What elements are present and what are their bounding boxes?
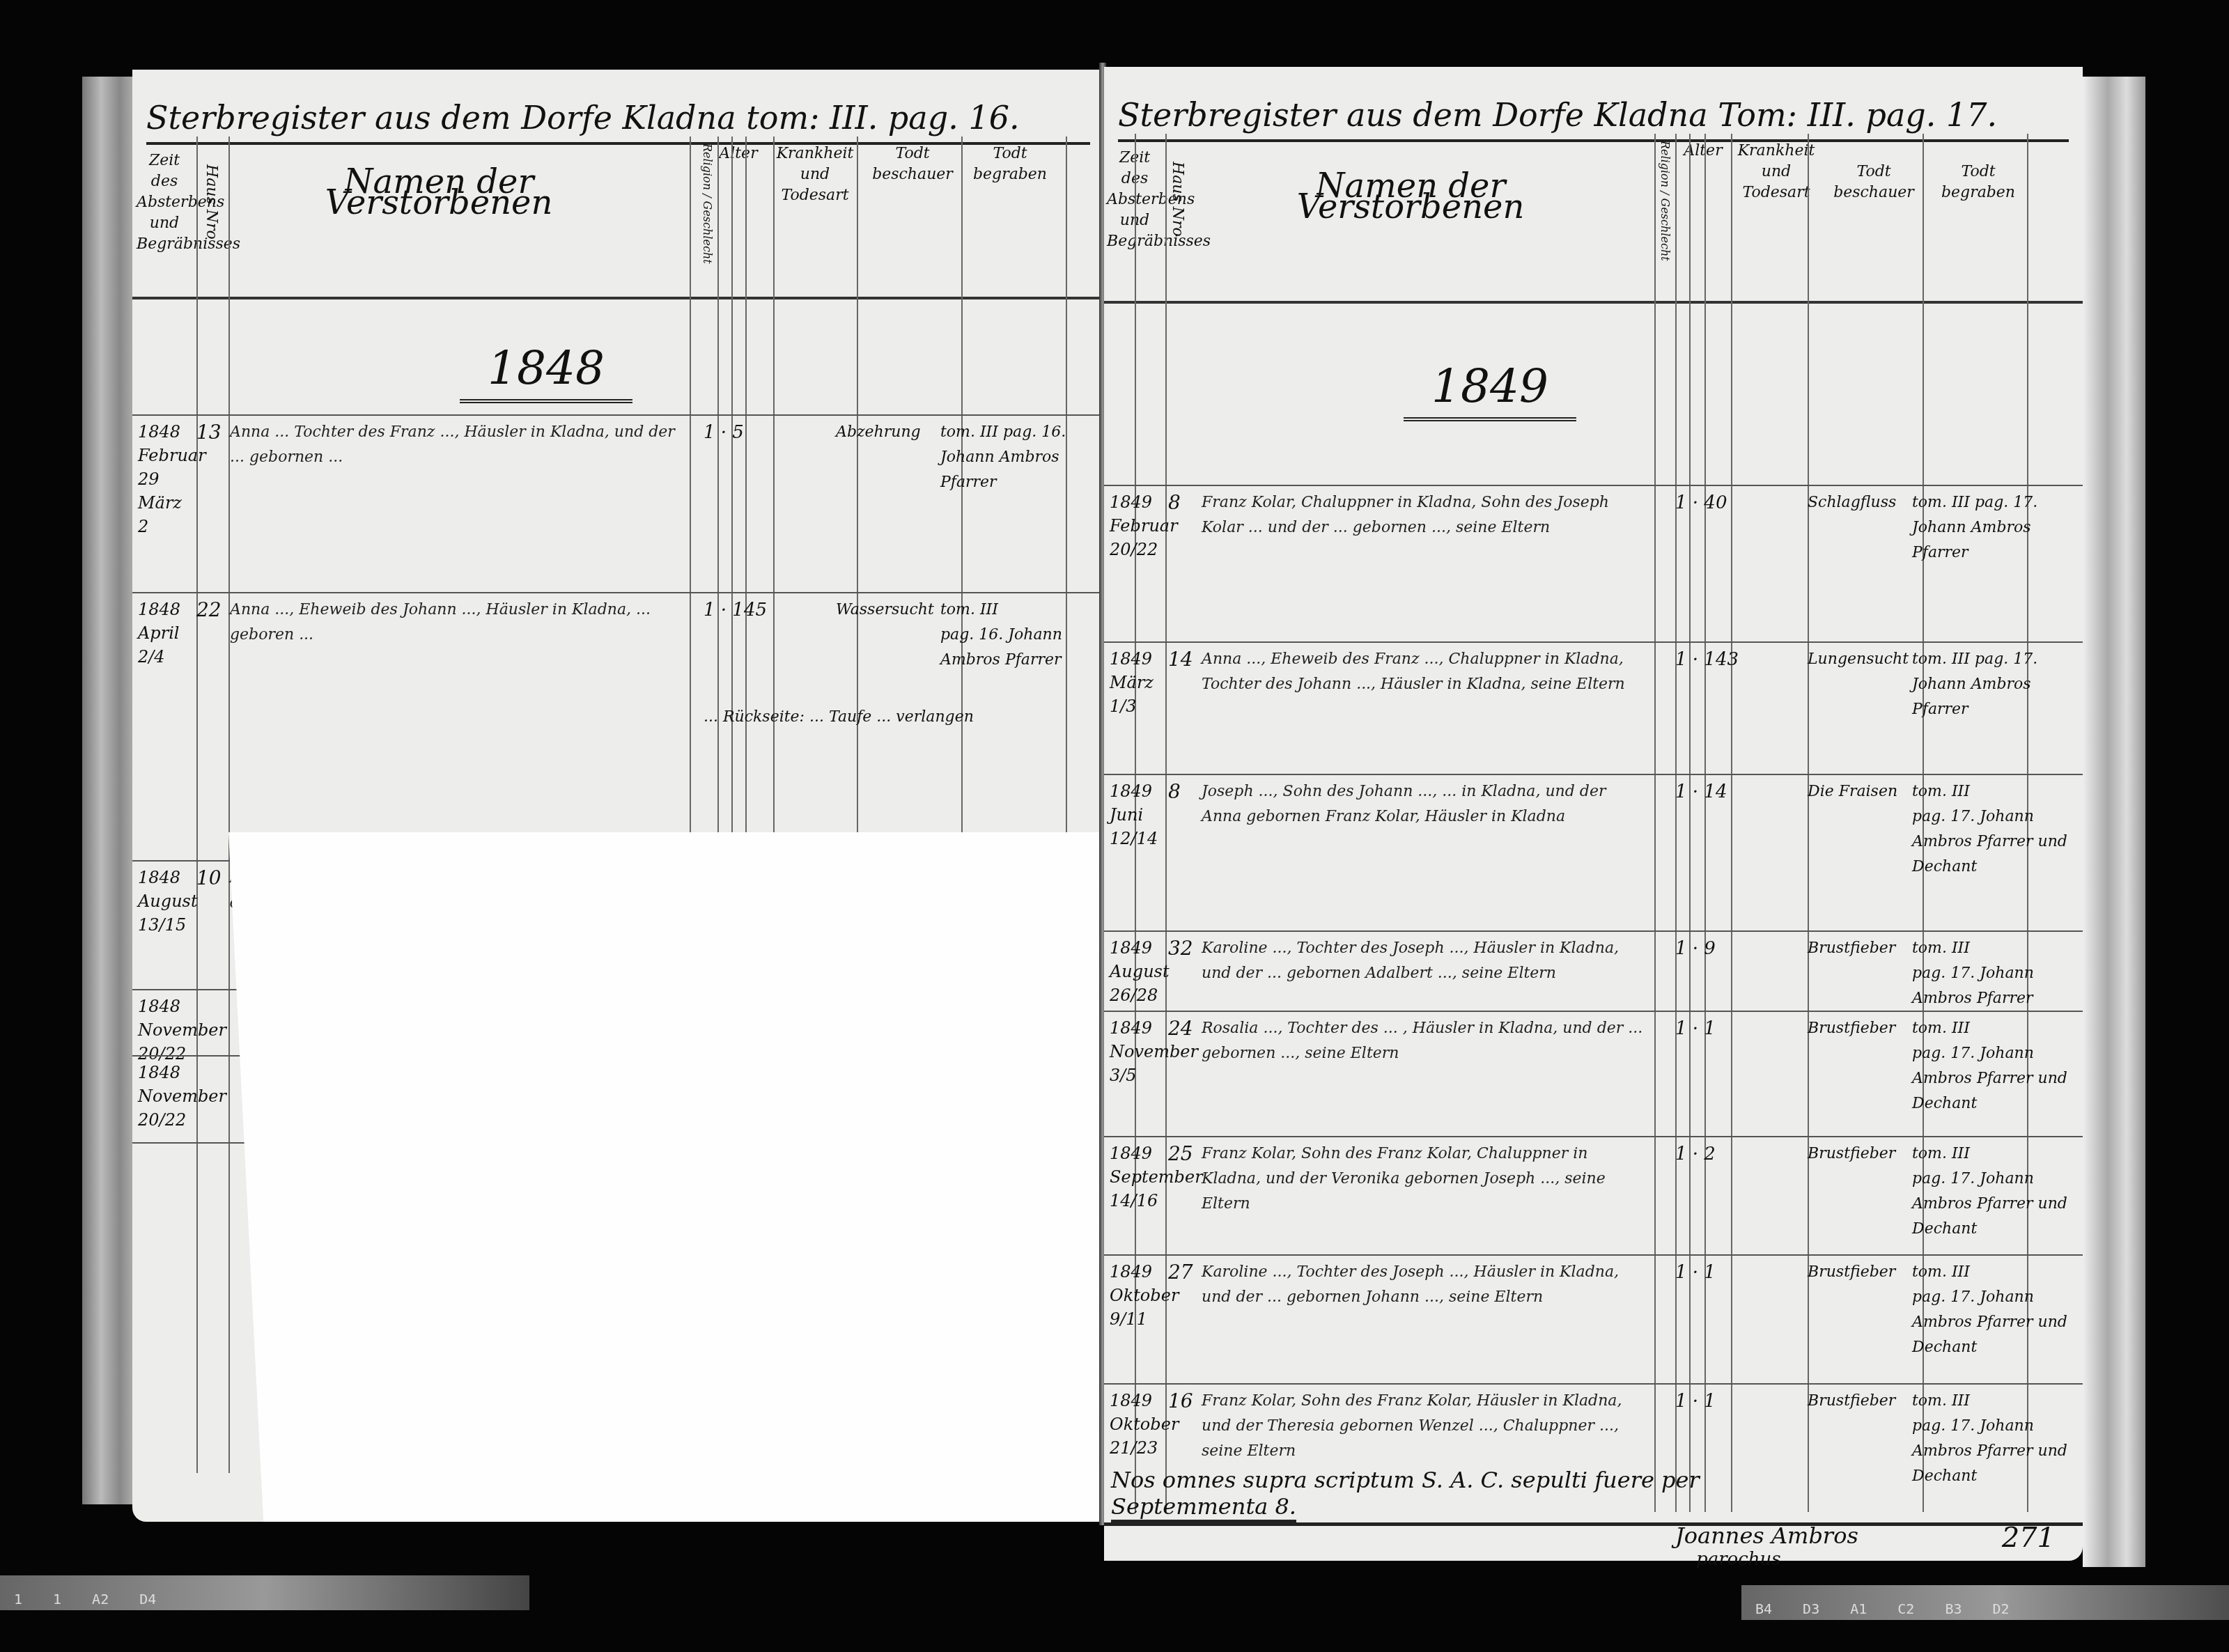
- register-entry: 1849 August 26/28 32 Karoline ..., Tocht…: [1104, 930, 2083, 1012]
- year-heading-1848: 1848: [460, 341, 632, 403]
- header-cause: Krankheit und Todesart: [773, 143, 857, 206]
- header-house: Haus Nro: [1160, 162, 1188, 237]
- color-scale-bar-right: B4 D3 A1 C2 B3 D2: [1741, 1585, 2229, 1620]
- header-age: Alter: [1675, 141, 1731, 162]
- marginal-note: ... Rückseite: ... Taufe ... verlangen: [704, 705, 996, 730]
- register-entry: 1849 März 1/3 14 Anna ..., Eheweib des F…: [1104, 641, 2083, 775]
- register-entry: 1849 November 3/5 24 Rosalia ..., Tochte…: [1104, 1011, 2083, 1137]
- register-entry: 1849 September 14/16 25 Franz Kolar, Soh…: [1104, 1136, 2083, 1256]
- header-viewed: Todt beschauer: [1828, 162, 1919, 203]
- color-scale-bar-left: 1 1 A2 D4: [0, 1575, 529, 1610]
- closing-note: Nos omnes supra scriptum S. A. C. sepult…: [1111, 1467, 2072, 1523]
- header-buried: Todt begraben: [968, 143, 1052, 185]
- right-page: Sterbregister aus dem Dorfe Kladna Tom: …: [1104, 67, 2083, 1561]
- register-entry: 1849 Februar 20/22 8 Franz Kolar, Chalup…: [1104, 485, 2083, 643]
- page-title-left: Sterbregister aus dem Dorfe Kladna tom: …: [146, 99, 1090, 137]
- header-name: Namen der Verstorbenen: [1209, 176, 1613, 217]
- header-name: Namen der Verstorbenen: [244, 171, 634, 213]
- header-date: Zeit des Absterbens und Begräbnisses: [137, 150, 192, 255]
- book-edge-right: [2083, 77, 2145, 1567]
- year-heading-1849: 1849: [1404, 359, 1576, 421]
- closing-rule: [1104, 1522, 2083, 1527]
- header-viewed: Todt beschauer: [871, 143, 954, 185]
- header-religion: Religion / Geschlecht: [1620, 141, 1675, 261]
- column-headers-right: Zeit des Absterbens und Begräbnisses Hau…: [1104, 134, 2083, 304]
- header-house: Haus Nro: [194, 164, 222, 240]
- header-age: Alter: [710, 143, 766, 164]
- register-entry: 1848 Februar 29 März 2 13 Anna ... Tocht…: [132, 414, 1104, 593]
- register-entry: 1849 Oktober 9/11 27 Karoline ..., Tocht…: [1104, 1254, 2083, 1385]
- redaction-overlay: [228, 832, 1103, 1522]
- register-entry: 1848 April 2/4 22 Anna ..., Eheweib des …: [132, 592, 1104, 862]
- folio-number: 271: [2002, 1522, 2055, 1554]
- column-headers-left: Zeit des Absterbens und Begräbnisses Hau…: [132, 137, 1104, 299]
- priest-signature: Joannes Ambros parochus: [1675, 1522, 1858, 1570]
- register-entry: 1849 Juni 12/14 8 Joseph ..., Sohn des J…: [1104, 774, 2083, 932]
- page-title-right: Sterbregister aus dem Dorfe Kladna Tom: …: [1118, 96, 2069, 134]
- header-buried: Todt begraben: [1933, 162, 2024, 203]
